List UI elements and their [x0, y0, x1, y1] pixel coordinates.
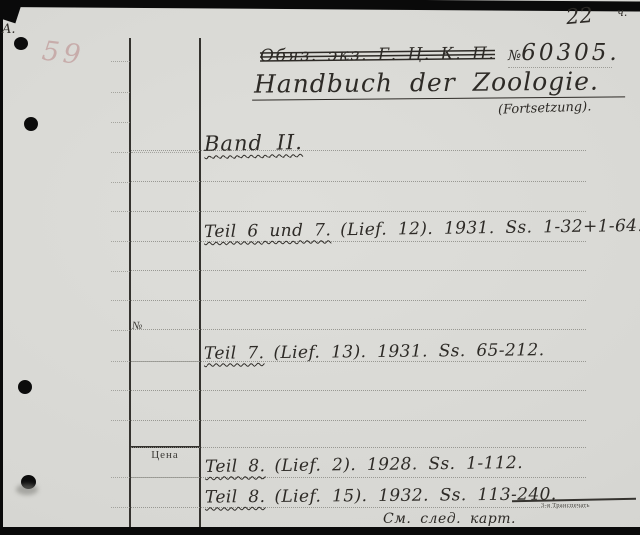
card-number: №60305. [508, 40, 620, 66]
see-next-card-note: См. след. карт. [383, 511, 516, 527]
ruled-line [111, 300, 130, 301]
scanned-catalog-card: № Цена 3-я Транспечать 22 ч. A. 59 Обяз.… [0, 0, 640, 535]
punch-hole [18, 380, 32, 394]
ruled-line [131, 241, 586, 242]
column-label-price: Цена [130, 449, 200, 461]
entry-part: Teil 8. [205, 456, 266, 477]
entry-details: (Lief. 12). 1931. Ss. 1-32+1-64. [340, 216, 640, 240]
card-number-digits: 60305. [521, 40, 619, 66]
ruled-line [131, 447, 586, 448]
ruled-line [111, 211, 130, 212]
crossed-out-stamp: Обяз. экз. Г. Ц. К. П. [260, 44, 495, 66]
ruled-line [131, 477, 586, 478]
edge-letter-mark: A. [2, 22, 16, 37]
column-label-number: № [132, 320, 142, 332]
entry-part: Teil 7. [204, 343, 265, 364]
ruled-line [111, 361, 130, 362]
catalog-entry: Teil 8.(Lief. 2). 1928. Ss. 1-112. [205, 453, 523, 477]
faint-pencil-number: 59 [40, 36, 86, 72]
punch-hole [24, 117, 38, 131]
scan-border-bottom [0, 527, 640, 535]
catalog-entry: Teil 8.(Lief. 15). 1932. Ss. 113-240. [205, 484, 557, 507]
ruled-line [111, 122, 130, 123]
entry-part: Teil 8. [205, 487, 266, 508]
ruled-line [111, 420, 130, 421]
ruled-line [111, 92, 130, 93]
scan-border-left [0, 0, 3, 535]
entry-details: (Lief. 15). 1932. Ss. 113-240. [274, 484, 556, 506]
entry-details: (Lief. 13). 1931. Ss. 65-212. [273, 340, 544, 363]
ruled-line [111, 61, 130, 62]
entry-part: Teil 6 und 7. [204, 220, 331, 242]
ruled-line [111, 182, 130, 183]
book-title: Handbuch der Zoologie. [252, 66, 625, 100]
ruled-line [131, 390, 586, 391]
ruled-line [131, 420, 586, 421]
ruled-line [111, 390, 130, 391]
ruled-line [131, 211, 586, 212]
ruled-line [131, 507, 586, 508]
ruled-line [111, 330, 130, 331]
ruled-line [111, 477, 130, 478]
ruled-line [111, 152, 130, 153]
ruled-line [111, 241, 130, 242]
corner-check-mark: ч. [617, 6, 627, 19]
ruled-line [131, 152, 199, 153]
entry-details: (Lief. 2). 1928. Ss. 1-112. [274, 453, 523, 476]
punch-hole [14, 37, 28, 50]
ruled-line [131, 329, 586, 330]
ruled-line [111, 271, 130, 272]
ruled-line [111, 507, 130, 508]
volume-heading: Band II. [204, 130, 303, 156]
ruled-line [131, 300, 586, 301]
ruled-line [131, 150, 586, 151]
number-sign: № [508, 48, 521, 64]
page-corner-number: 22 [565, 3, 594, 29]
catalog-entry: Teil 7.(Lief. 13). 1931. Ss. 65-212. [204, 340, 545, 364]
punch-hole [21, 475, 36, 489]
ruled-line [131, 181, 586, 182]
ruled-line [131, 270, 586, 271]
